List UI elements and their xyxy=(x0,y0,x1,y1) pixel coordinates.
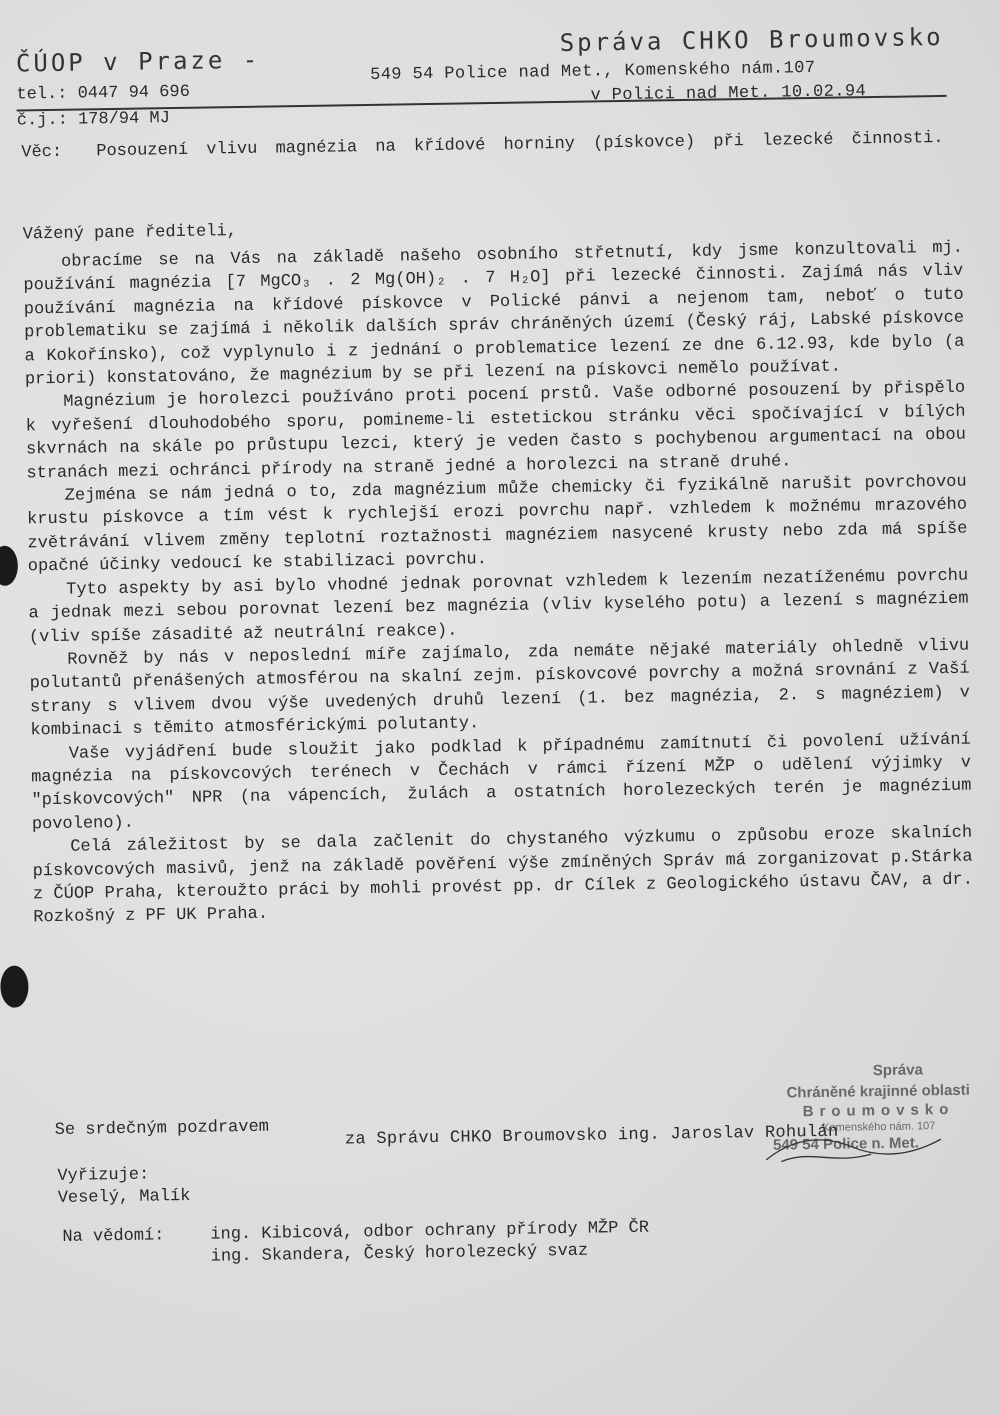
punch-hole xyxy=(0,965,29,1007)
cc-block: Na vědomí:ing. Kibicová, odbor ochrany p… xyxy=(62,1218,649,1271)
stamp-line: Správa xyxy=(798,1060,998,1080)
letter-page: ČÚOP v Praze - Správa CHKO Broumovsko 54… xyxy=(0,0,1000,1415)
stamp-line: Chráněné krajinné oblasti xyxy=(758,1081,998,1102)
cc-label: Na vědomí: xyxy=(62,1225,210,1249)
letterhead-address: 549 54 Police nad Met., Komenského nám.1… xyxy=(370,59,816,85)
stamp-line: Broumovsko xyxy=(758,1100,998,1121)
paragraph: obracíme se na Vás na základě našeho oso… xyxy=(23,237,965,392)
paragraph: Magnézium je horolezci používáno proti p… xyxy=(25,377,966,485)
closing: Se srdečným pozdravem xyxy=(55,1118,270,1140)
paragraph: Zejména se nám jedná o to, zda magnézium… xyxy=(27,471,968,579)
subject-line: Věc:Posouzení vlivu magnézia na křídové … xyxy=(21,127,946,166)
handler-label: Vyřizuje: xyxy=(57,1166,149,1186)
letterhead-title-left: ČÚOP v Praze - xyxy=(16,46,261,78)
paragraph: Rovněž by nás v neposlední míře zajímalo… xyxy=(29,635,970,743)
salutation: Vážený pane řediteli, xyxy=(22,222,237,244)
subject-text: Posouzení vlivu magnézia na křídové horn… xyxy=(96,127,946,164)
letterhead-title-right: Správa CHKO Broumovsko xyxy=(559,23,943,57)
paragraph: Celá záležitost by se dala začlenit do c… xyxy=(32,822,973,930)
place-date: v Polici nad Met. 10.02.94 xyxy=(590,82,866,105)
paragraph: Vaše vyjádření bude sloužit jako podklad… xyxy=(31,728,972,836)
cc-recipient: ing. Skandera, Český horolezecký svaz xyxy=(211,1242,589,1267)
letterhead-title: ČÚOP v Praze - Správa CHKO Broumovsko xyxy=(16,46,261,78)
letterhead-phone: tel.: 0447 94 696 xyxy=(16,83,190,105)
handler-names: Veselý, Malík xyxy=(58,1187,191,1208)
letter-body: obracíme se na Vás na základě našeho oso… xyxy=(23,237,974,930)
reference-number: č.j.: 178/94 MJ xyxy=(17,109,170,130)
subject-label: Věc: xyxy=(21,140,96,165)
handwritten-signature xyxy=(761,1127,952,1170)
punch-hole xyxy=(0,546,18,586)
